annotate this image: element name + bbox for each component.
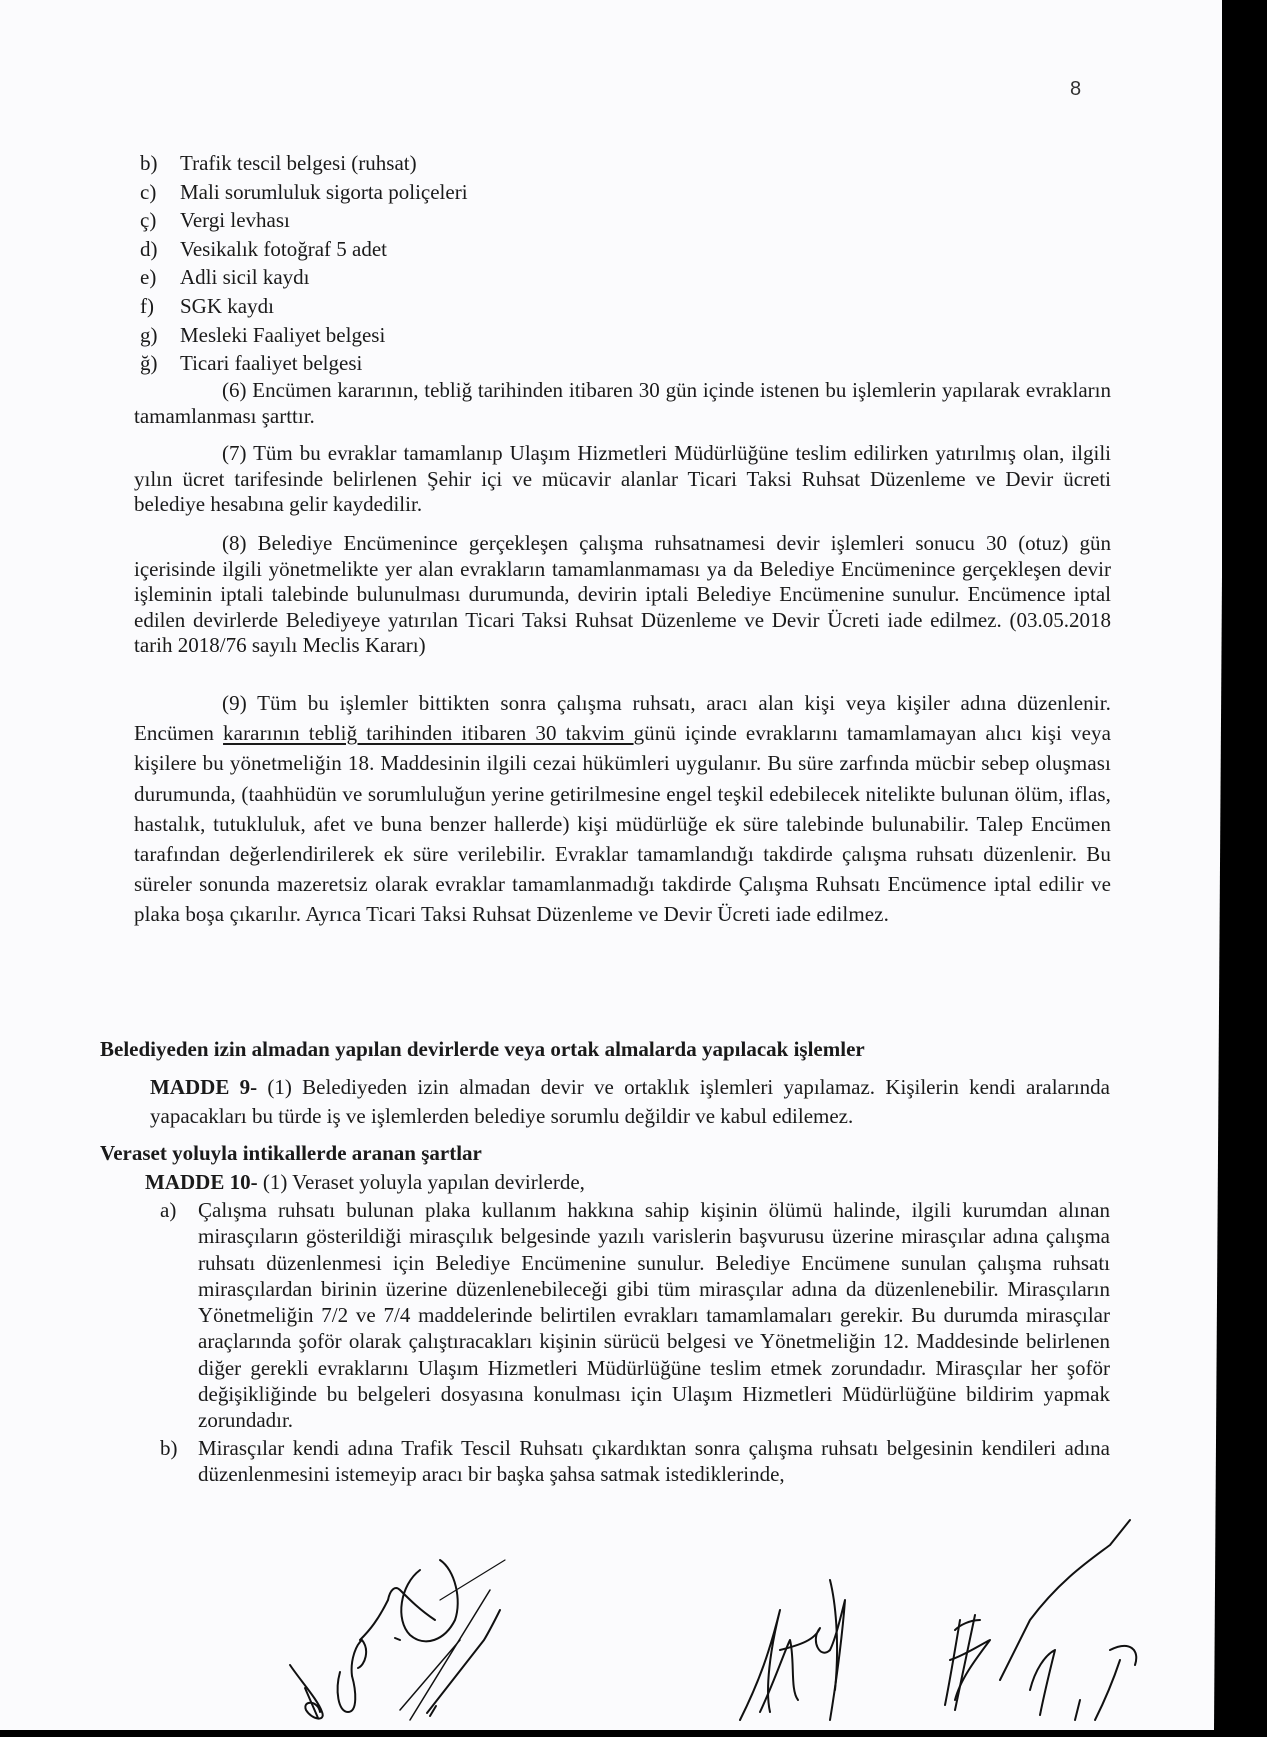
section-heading-inheritance: Veraset yoluyla intikallerde aranan şart… xyxy=(100,1141,482,1166)
underlined-deadline-text: kararının tebliğ tarihinden itibaren 30 … xyxy=(223,721,634,745)
document-page: 8 b)Trafik tescil belgesi (ruhsat) c)Mal… xyxy=(0,0,1222,1730)
paragraph-7: (7) Tüm bu evraklar tamamlanıp Ulaşım Hi… xyxy=(134,441,1111,518)
list-item: d)Vesikalık fotoğraf 5 adet xyxy=(140,235,468,264)
paragraph-9: (9) Tüm bu işlemler bittikten sonra çalı… xyxy=(134,688,1111,930)
list-item: a)Çalışma ruhsatı bulunan plaka kullanım… xyxy=(160,1197,1110,1434)
page-number: 8 xyxy=(1070,78,1081,101)
article-9: MADDE 9- (1) Belediyeden izin almadan de… xyxy=(150,1073,1110,1131)
signature-2 xyxy=(427,1580,845,1720)
article-label: MADDE 9- xyxy=(150,1075,257,1099)
list-item: c)Mali sorumluluk sigorta poliçeleri xyxy=(140,178,468,207)
list-item: e)Adli sicil kaydı xyxy=(140,263,468,292)
article-label: MADDE 10- xyxy=(145,1170,258,1194)
signature-3 xyxy=(945,1520,1136,1720)
list-item: ğ)Ticari faaliyet belgesi xyxy=(140,349,468,378)
list-item: g)Mesleki Faaliyet belgesi xyxy=(140,321,468,350)
list-item: b)Mirasçılar kendi adına Trafik Tescil R… xyxy=(160,1435,1110,1488)
paragraph-8: (8) Belediye Encümenince gerçekleşen çal… xyxy=(134,531,1111,659)
paragraph-6: (6) Encümen kararının, tebliğ tarihinden… xyxy=(134,378,1111,429)
list-item: ç)Vergi levhası xyxy=(140,206,468,235)
section-heading-unauthorized-transfers: Belediyeden izin almadan yapılan devirle… xyxy=(100,1037,865,1062)
required-documents-list: b)Trafik tescil belgesi (ruhsat) c)Mali … xyxy=(140,149,468,378)
list-item: f)SGK kaydı xyxy=(140,292,468,321)
article-10: MADDE 10- (1) Veraset yoluyla yapılan de… xyxy=(145,1170,585,1195)
signature-1 xyxy=(290,1560,505,1720)
article-10-items: a)Çalışma ruhsatı bulunan plaka kullanım… xyxy=(160,1197,1110,1487)
list-item: b)Trafik tescil belgesi (ruhsat) xyxy=(140,149,468,178)
